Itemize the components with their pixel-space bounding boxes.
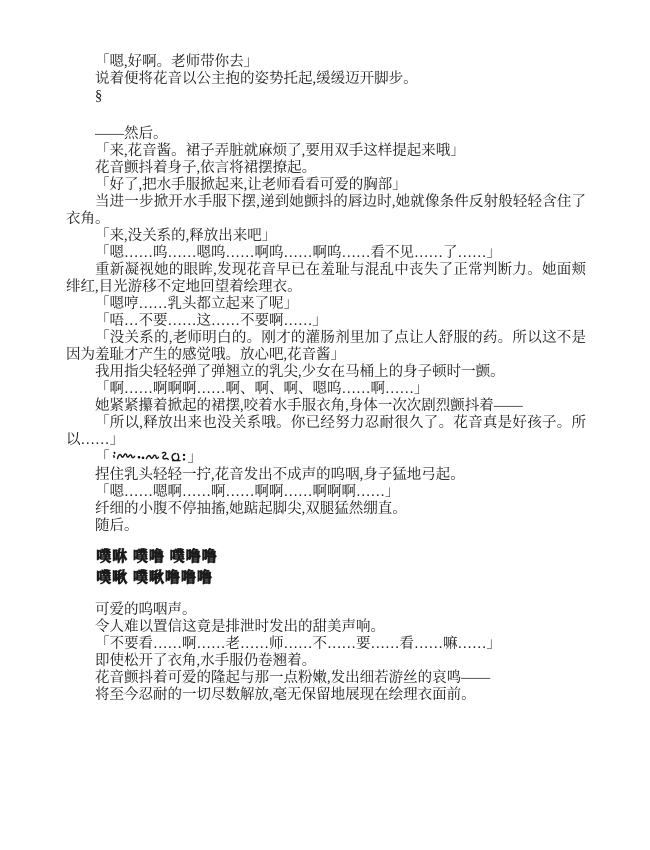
narration-line: ——然后。 <box>66 126 586 143</box>
dialogue-line: 「不要看……啊……老……师……不……要……看……嘛……」 <box>66 636 586 653</box>
dialogue-line: 「嗯,好啊。老师带你去」 <box>66 54 586 71</box>
narration-line: 花音颤抖着可爱的隆起与那一点粉嫩,发出细若游丝的哀鸣—— <box>66 670 586 687</box>
narration-line: 可爱的呜咽声。 <box>66 602 586 619</box>
dialogue-line: 「来,花音酱。裙子弄脏就麻烦了,要用双手这样提起来哦」 <box>66 143 586 160</box>
main-block: ——然后。 「来,花音酱。裙子弄脏就麻烦了,要用双手这样提起来哦」 花音颤抖着身… <box>66 126 586 535</box>
text-column: 「嗯,好啊。老师带你去」 说着便将花音以公主抱的姿势托起,缓缓迈开脚步。 § —… <box>66 54 586 704</box>
dialogue-line: 「没关系的,老师明白的。刚才的灌肠剂里加了点让人舒服的药。所以这不是因为羞耻才产… <box>66 330 586 364</box>
quote-open: 「 <box>95 450 110 466</box>
dialogue-line: 「嗯……嗯啊……啊……啊啊……啊啊啊……」 <box>66 484 586 501</box>
dialogue-line: 「嗯……呜……嗯呜……啊呜……啊呜……看不见……了……」 <box>66 245 586 262</box>
dialogue-line: 「嗯哼……乳头都立起来了呢」 <box>66 296 586 313</box>
dialogue-line: 「所以,释放出来也没关系哦。你已经努力忍耐很久了。花音真是好孩子。所以……」 <box>66 415 586 449</box>
scribble-dialogue-line: 「」 <box>66 449 586 467</box>
dialogue-line: 「唔…不要……这……不要啊……」 <box>66 313 586 330</box>
narration-line: 将至今忍耐的一切尽数解放,毫无保留地展现在绘理衣面前。 <box>66 687 586 704</box>
narration-line: 纤细的小腹不停抽搐,她踮起脚尖,双腿猛然绷直。 <box>66 501 586 518</box>
narration-line: 当进一步掀开水手服下摆,递到她颤抖的唇边时,她就像条件反射般轻轻含住了衣角。 <box>66 194 586 228</box>
sound-effect-block: 噗咻 噗噜 噗噜噜 噗啾 噗啾噜噜噜 <box>66 547 586 589</box>
narration-line: 说着便将花音以公主抱的姿势托起,缓缓迈开脚步。 <box>66 71 586 88</box>
quote-close: 」 <box>188 450 203 466</box>
dialogue-line: 「好了,把水手服掀起来,让老师看看可爱的胸部」 <box>66 177 586 194</box>
narration-line: 随后。 <box>66 518 586 535</box>
closing-block: 可爱的呜咽声。 令人难以置信这竟是排泄时发出的甜美声响。 「不要看……啊……老…… <box>66 602 586 704</box>
sound-effect-line: 噗咻 噗噜 噗噜噜 <box>66 547 586 568</box>
narration-line: 我用指尖轻轻弹了弹翘立的乳尖,少女在马桶上的身子顿时一颤。 <box>66 364 586 381</box>
opening-block: 「嗯,好啊。老师带你去」 说着便将花音以公主抱的姿势托起,缓缓迈开脚步。 <box>66 54 586 88</box>
novel-page: 「嗯,好啊。老师带你去」 说着便将花音以公主抱的姿势托起,缓缓迈开脚步。 § —… <box>0 0 650 850</box>
narration-line: 重新凝视她的眼眸,发现花音早已在羞耻与混乱中丧失了正常判断力。她面颊绯红,目光游… <box>66 262 586 296</box>
scribble-glyph <box>111 449 187 463</box>
narration-line: 捏住乳头轻轻一拧,花音发出不成声的呜咽,身子猛地弓起。 <box>66 467 586 484</box>
section-break-mark: § <box>66 88 586 105</box>
dialogue-line: 「啊……啊啊啊……啊、啊、啊、嗯呜……啊……」 <box>66 381 586 398</box>
sound-effect-line: 噗啾 噗啾噜噜噜 <box>66 568 586 589</box>
narration-line: 令人难以置信这竟是排泄时发出的甜美声响。 <box>66 619 586 636</box>
narration-line: 她紧紧攥着掀起的裙摆,咬着水手服衣角,身体一次次剧烈颤抖着—— <box>66 398 586 415</box>
narration-line: 花音颤抖着身子,依言将裙摆撩起。 <box>66 160 586 177</box>
narration-line: 即使松开了衣角,水手服仍卷翘着。 <box>66 653 586 670</box>
dialogue-line: 「来,没关系的,释放出来吧」 <box>66 228 586 245</box>
